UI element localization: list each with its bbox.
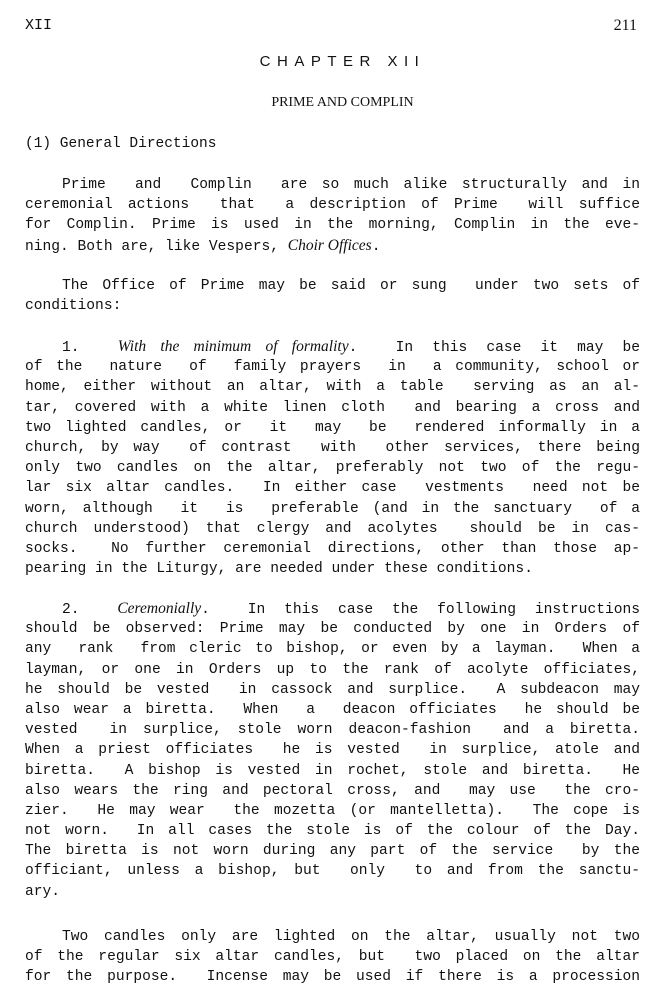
text-line: only two candles on the altar, preferabl… — [25, 458, 640, 478]
text-line: church understood) that clergy and acoly… — [25, 519, 640, 539]
paragraph-conditions: The Office of Prime may be said or sung … — [25, 276, 640, 316]
text-line: also wear a biretta. When a deacon offic… — [25, 700, 640, 720]
text-line: tar, covered with a white linen cloth an… — [25, 398, 640, 418]
text-line: 2. Ceremonially. In this case the follow… — [25, 599, 640, 619]
text-line: any rank from cleric to bishop, or even … — [25, 639, 640, 659]
text-line: should be observed: Prime may be conduct… — [25, 619, 640, 639]
text-line: 1. With the minimum of formality. In thi… — [25, 337, 640, 357]
text-line: church, by way of contrast with other se… — [25, 438, 640, 458]
item-number: 1. — [62, 340, 80, 356]
italic-lead: Ceremonially — [117, 600, 201, 617]
italic-term: Choir Offices — [288, 237, 372, 254]
text-run: . — [372, 239, 381, 255]
text-line: conditions: — [25, 296, 640, 316]
text-line: Prime and Complin are so much alike stru… — [25, 175, 640, 195]
text-line: of the regular six altar candles, but tw… — [25, 947, 640, 967]
paragraph-minimum-formality: 1. With the minimum of formality. In thi… — [25, 337, 640, 579]
text-line: vested in surplice, stole worn deacon-fa… — [25, 720, 640, 740]
text-run: In this case the following instructions — [210, 602, 640, 618]
text-line: for the purpose. Incense may be used if … — [25, 967, 640, 987]
text-line: zier. He may wear the mozetta (or mantel… — [25, 801, 640, 821]
text-line: officiant, unless a bishop, but only to … — [25, 861, 640, 881]
text-line: pearing in the Liturgy, are needed under… — [25, 559, 640, 579]
text-line: layman, or one in Orders up to the rank … — [25, 660, 640, 680]
text-line: not worn. In all cases the stole is of t… — [25, 821, 640, 841]
text-line: lar six altar candles. In either case ve… — [25, 478, 640, 498]
text-line: ary. — [25, 882, 640, 902]
text-line: The Office of Prime may be said or sung … — [25, 276, 640, 296]
paragraph-candles: Two candles only are lighted on the alta… — [25, 927, 640, 988]
text-line: biretta. A bishop is vested in rochet, s… — [25, 761, 640, 781]
text-line: socks. No further ceremonial directions,… — [25, 539, 640, 559]
text-line: When a priest officiates he is vested in… — [25, 740, 640, 760]
text-line: home, either without an altar, with a ta… — [25, 377, 640, 397]
text-line: he should be vested in cassock and surpl… — [25, 680, 640, 700]
section-heading: (1) General Directions — [25, 136, 216, 152]
text-line: also wears the ring and pectoral cross, … — [25, 781, 640, 801]
item-number: 2. — [62, 602, 80, 618]
text-line: The biretta is not worn during any part … — [25, 841, 640, 861]
document-page: XII 211 CHAPTER XII PRIME AND COMPLIN (1… — [0, 0, 657, 1005]
page-number: 211 — [614, 16, 637, 36]
chapter-label: CHAPTER XII — [0, 53, 657, 70]
chapter-title: PRIME AND COMPLIN — [0, 95, 657, 111]
text-run: ning. Both are, like Vespers, — [25, 239, 288, 255]
text-line: worn, although it is preferable (and in … — [25, 499, 640, 519]
text-line: of the nature of family prayers in a com… — [25, 357, 640, 377]
text-line: for Complin. Prime is used in the mornin… — [25, 215, 640, 235]
text-line: Two candles only are lighted on the alta… — [25, 927, 640, 947]
text-line: ning. Both are, like Vespers, Choir Offi… — [25, 236, 640, 256]
paragraph-intro: Prime and Complin are so much alike stru… — [25, 175, 640, 256]
italic-lead: With the minimum of formality — [118, 338, 349, 355]
paragraph-ceremonially: 2. Ceremonially. In this case the follow… — [25, 599, 640, 902]
text-line: two lighted candles, or it may be render… — [25, 418, 640, 438]
running-head-chapter: XII — [25, 16, 52, 36]
text-run: In this case it may be — [357, 340, 640, 356]
text-line: ceremonial actions that a description of… — [25, 195, 640, 215]
text-run: . — [201, 602, 210, 618]
